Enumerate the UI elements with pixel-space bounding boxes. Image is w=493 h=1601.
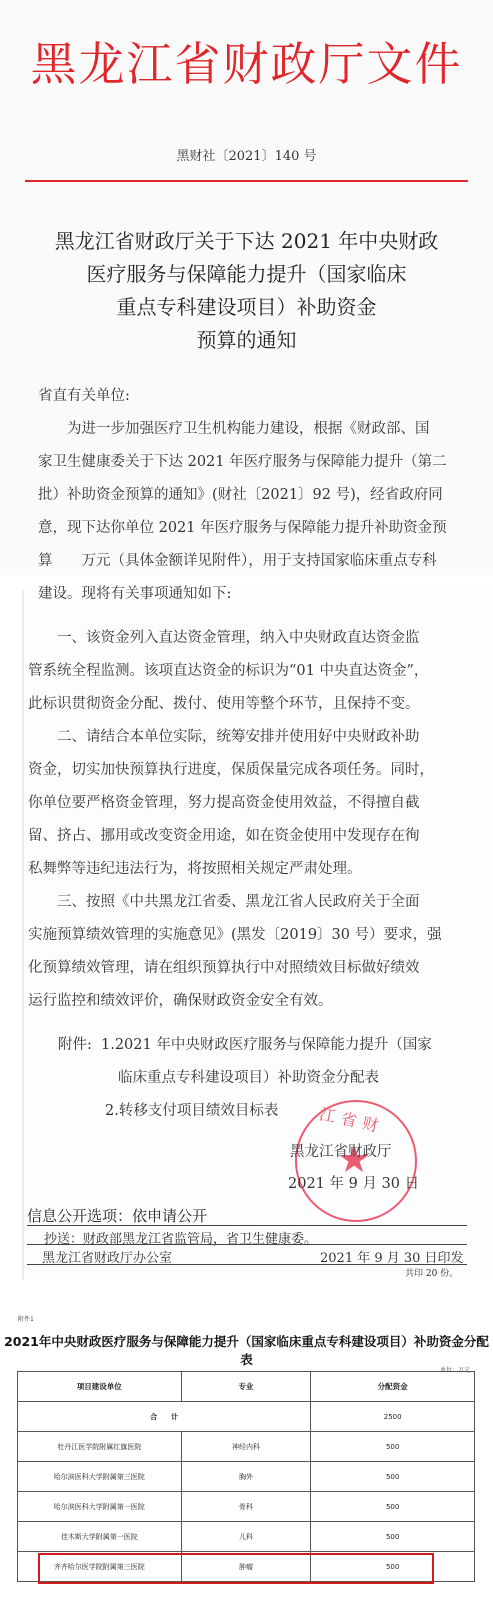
specialty-cell: 儿科 — [181, 1522, 311, 1552]
column-header: 项目建设单位 — [18, 1372, 182, 1402]
text-line: 此标识贯彻资金分配、拨付、使用等整个环节，且保持不变。 — [28, 688, 464, 721]
signoff-organization: 黑龙江省财政厅 — [290, 1140, 392, 1161]
item-1-paragraph: 一、该资金列入直达资金管理，纳入中央财政直达资金监 管系统全程监测。该项直达资金… — [28, 622, 464, 721]
amount-cell: 500 — [311, 1522, 475, 1552]
footer-rule — [27, 1264, 467, 1265]
annex-title: 2021年中央财政医疗服务与保障能力提升（国家临床重点专科建设项目）补助资金分配… — [0, 1332, 493, 1368]
item-3-paragraph: 三、按照《中共黑龙江省委、黑龙江省人民政府关于全面 实施预算绩效管理的实施意见》… — [28, 886, 464, 1018]
footer-rule — [27, 1225, 467, 1226]
text-line: 为进一步加强医疗卫生机构能力建设，根据《财政部、国 — [38, 413, 456, 446]
table-row: 哈尔滨医科大学附属第三医院 胸外 500 — [18, 1462, 475, 1492]
highlight-box — [38, 1553, 434, 1584]
text-line: 家卫生健康委关于下达 2021 年医疗服务与保障能力提升（第二 — [38, 446, 456, 479]
notice-title-line: 重点专科建设项目）补助资金 — [0, 291, 493, 324]
footer-rule — [27, 1244, 467, 1245]
column-header: 专业 — [181, 1372, 311, 1402]
text-line: 资金，切实加快预算执行进度，保质保量完成各项任务。同时， — [28, 754, 464, 787]
signoff-date: 2021 年 9 月 30 日 — [288, 1172, 419, 1193]
text-line: 留、挤占、挪用或改变资金用途，如在资金使用中发现存在徇 — [28, 820, 464, 853]
specialty-cell: 神经内科 — [181, 1432, 311, 1462]
table-header-row: 项目建设单位 专业 分配资金 — [18, 1372, 475, 1402]
attachment-1-line-2: 临床重点专科建设项目）补助资金分配表 — [118, 1066, 379, 1087]
document-number: 黑财社〔2021〕140 号 — [0, 145, 493, 164]
attachment-1-line-1: 1.2021 年中央财政医疗服务与保障能力提升（国家 — [101, 1033, 432, 1054]
text-line: 你单位要严格资金管理，努力提高资金使用效益，不得擅自截 — [28, 787, 464, 820]
notice-title-line: 医疗服务与保障能力提升（国家临床 — [0, 258, 493, 291]
item-2-paragraph: 二、请结合本单位实际，统筹安排并使用好中央财政补助 资金，切实加快预算执行进度，… — [28, 721, 464, 886]
text-line: 算 万元（具体金额详见附件），用于支持国家临床重点专科 — [38, 545, 456, 578]
text-line: 意，现下达你单位 2021 年医疗服务与保障能力提升补助资金预 — [38, 512, 456, 545]
text-line: 实施预算绩效管理的实施意见》(黑发〔2019〕30 号）要求，强 — [28, 919, 464, 952]
red-divider — [25, 180, 468, 182]
text-line: 化预算绩效管理，请在组织预算执行中对照绩效目标做好绩效 — [28, 952, 464, 985]
text-line: 建设。现将有关事项通知如下: — [38, 578, 456, 611]
total-label: 合 计 — [18, 1402, 311, 1432]
copies-count: 共印 20 份。 — [405, 1266, 458, 1279]
attachment-2: 2.转移支付项目绩效目标表 — [105, 1099, 278, 1120]
seal-text: 江省财 — [317, 1101, 386, 1137]
notice-title-line: 预算的通知 — [0, 324, 493, 357]
notice-title: 黑龙江省财政厅关于下达 2021 年中央财政 医疗服务与保障能力提升（国家临床 … — [0, 225, 493, 357]
allocation-table: 项目建设单位 专业 分配资金 合 计 2500 牡丹江医学院附属红旗医院 神经内… — [17, 1371, 475, 1582]
unit-cell: 牡丹江医学院附属红旗医院 — [18, 1432, 182, 1462]
total-value: 2500 — [311, 1402, 475, 1432]
unit-cell: 哈尔滨医科大学附属第一医院 — [18, 1492, 182, 1522]
unit-cell: 哈尔滨医科大学附属第三医院 — [18, 1462, 182, 1492]
info-disclosure: 信息公开选项：依申请公开 — [27, 1205, 207, 1226]
notice-title-line: 黑龙江省财政厅关于下达 2021 年中央财政 — [0, 225, 493, 258]
specialty-cell: 胸外 — [181, 1462, 311, 1492]
table-row: 哈尔滨医科大学附属第一医院 骨科 500 — [18, 1492, 475, 1522]
text-line: 三、按照《中共黑龙江省委、黑龙江省人民政府关于全面 — [28, 886, 464, 919]
text-line: 二、请结合本单位实际，统筹安排并使用好中央财政补助 — [28, 721, 464, 754]
total-row: 合 计 2500 — [18, 1402, 475, 1432]
addressee: 省直有关单位: — [38, 380, 456, 413]
amount-cell: 500 — [311, 1492, 475, 1522]
text-line: 私舞弊等违纪违法行为，将按照相关规定严肃处理。 — [28, 853, 464, 886]
unit-cell: 佳木斯大学附属第一医院 — [18, 1522, 182, 1552]
amount-cell: 500 — [311, 1432, 475, 1462]
text-line: 运行监控和绩效评价，确保财政资金安全有效。 — [28, 985, 464, 1018]
text-line: 管系统全程监测。该项直达资金的标识为“01 中央直达资金”， — [28, 655, 464, 688]
intro-paragraph: 为进一步加强医疗卫生机构能力建设，根据《财政部、国 家卫生健康委关于下达 202… — [38, 413, 456, 611]
column-header: 分配资金 — [311, 1372, 475, 1402]
official-seal: 江省财 ★ — [295, 1100, 417, 1222]
amount-cell: 500 — [311, 1462, 475, 1492]
table-row: 牡丹江医学院附属红旗医院 神经内科 500 — [18, 1432, 475, 1462]
table-row: 佳木斯大学附属第一医院 儿科 500 — [18, 1522, 475, 1552]
text-line: 批）补助资金预算的通知》(财社〔2021〕92 号)，经省政府同 — [38, 479, 456, 512]
attachments-label: 附件: — [58, 1033, 92, 1054]
issuer-banner: 黑龙江省财政厅文件 — [0, 28, 493, 94]
specialty-cell: 骨科 — [181, 1492, 311, 1522]
text-line: 一、该资金列入直达资金管理，纳入中央财政直达资金监 — [28, 622, 464, 655]
annex-label: 附件1 — [18, 1314, 34, 1323]
